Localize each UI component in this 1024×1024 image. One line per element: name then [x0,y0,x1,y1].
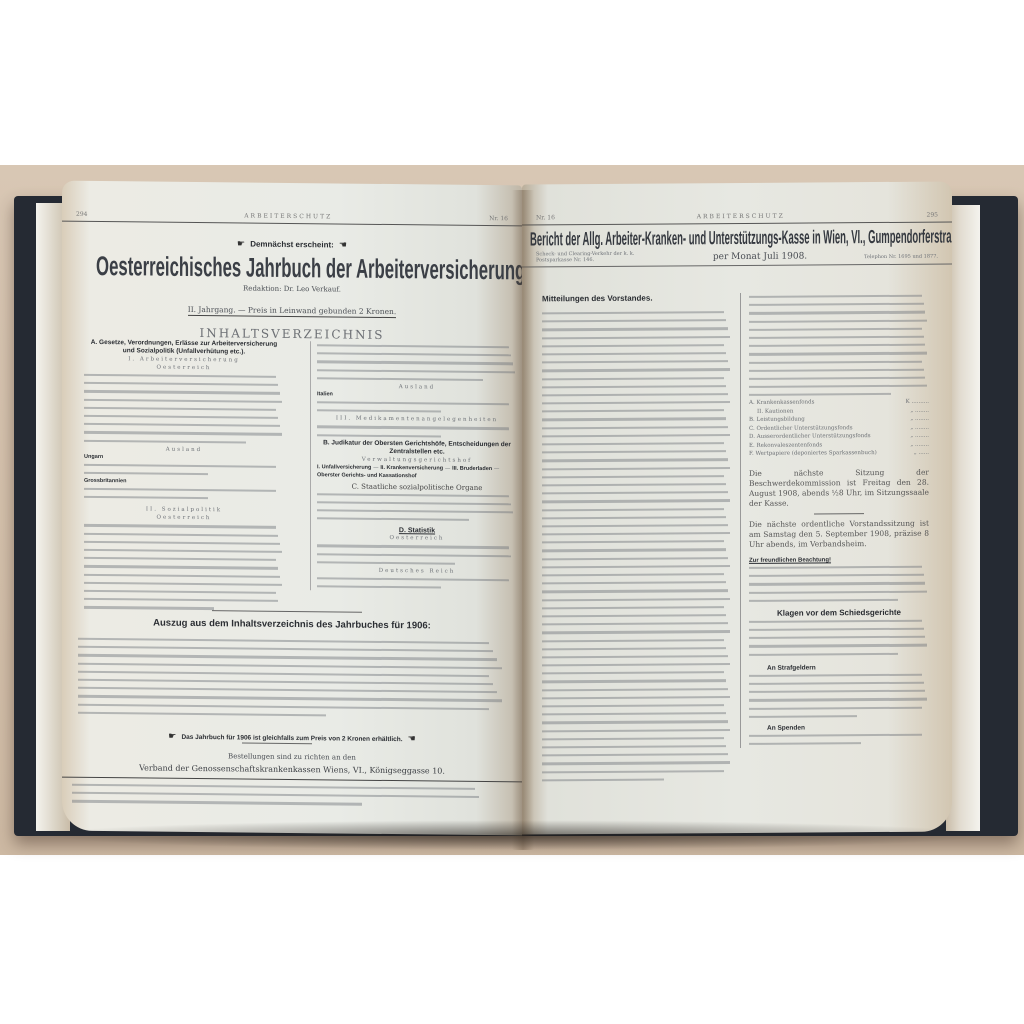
order-line: Bestellungen sind zu richten an den [72,751,512,764]
meeting-notice-2: Die nächste ordentliche Vorstandssitzung… [749,519,929,550]
text-block [749,617,929,659]
report-period: per Monat Juli 1908. [713,252,807,263]
text-block [317,490,517,525]
item: Oberster Gerichts- und Kassationshof [317,472,417,479]
page-number: 295 [927,212,938,219]
imprint [72,781,492,810]
country-gb: Grossbritannien [84,478,126,484]
running-title: ARBEITERSCHUTZ [244,212,332,220]
text-block [749,670,929,720]
text-block [317,542,517,569]
balance-row: A. Krankenkassenfonds [749,399,814,408]
country-italien: Italien [317,391,333,397]
text-block [84,371,284,447]
page-title: Oesterreichisches Jahrbuch der Arbeiterv… [96,251,522,287]
column-left: Mitteilungen des Vorstandes. [542,293,732,784]
running-head: 294 ARBEITERSCHUTZ Nr. 16 [62,211,522,227]
page-title: Bericht der Allg. Arbeiter-Kranken- und … [530,226,952,251]
text-block [84,485,284,503]
text-block [84,521,284,613]
item: III. Bruderladen [452,465,492,471]
country-ungarn: Ungarn [84,454,103,460]
order-address: Verband der Genossenschaftskrankenkassen… [72,763,512,777]
issue-number: Nr. 16 [489,215,508,222]
page-number: 294 [76,211,87,218]
balance-row: II. Kautionen [749,408,793,417]
pointing-hand-icon: ☛ [237,239,245,249]
divider [242,742,312,744]
excerpt-text [78,635,506,721]
availability-note: Das Jahrbuch für 1906 ist gleichfalls zu… [181,734,402,743]
text-block [749,731,929,749]
right-page: Nr. 16 ARBEITERSCHUTZ 295 Bericht der Al… [522,181,952,834]
text-block [749,563,929,605]
balance-row: F. Wertpapiere (deponiertes Sparkassenbu… [749,449,877,458]
edition-price: II. Jahrgang. — Preis in Leinwand gebund… [188,305,397,318]
excerpt-heading: Auszug aus dem Inhaltsverzeichnis des Ja… [72,617,512,633]
running-title: ARBEITERSCHUTZ [697,213,785,221]
divider [814,513,864,514]
contents-column-right: Ausland Italien III. Medikamentenangeleg… [310,341,517,593]
issue-number: Nr. 16 [536,214,555,221]
text-block [317,341,517,384]
text-block [317,574,517,592]
balance-table: A. KrankenkassenfondsK .......... II. Ka… [749,398,929,459]
text-block [542,308,732,784]
meeting-notice-1: Die nächste Sitzung der Beschwerdekommis… [749,468,929,509]
running-head: Nr. 16 ARBEITERSCHUTZ 295 [522,211,952,225]
book-gutter [512,190,534,850]
text-block [749,292,929,400]
phone-number: Telephon Nr. 1695 und 1877. [864,253,938,262]
pointing-hand-icon: ☚ [408,734,416,744]
contents-column-left: A. Gesetze, Verordnungen, Erlässe zur Ar… [84,339,284,614]
pointing-hand-icon: ☚ [339,240,347,250]
left-page: 294 ARBEITERSCHUTZ Nr. 16 ☛ Demnächst er… [62,181,522,836]
announcement: Demnächst erscheint: [250,240,334,250]
clearing-note: Scheck- und Clearing-Verkehr der k. k. P… [536,251,656,264]
pointing-hand-icon: ☛ [168,732,176,742]
item: II. Krankenversicherung [380,465,443,472]
section-heading: Mitteilungen des Vorstandes. [542,293,732,303]
column-right: A. KrankenkassenfondsK .......... II. Ka… [740,292,929,749]
item: I. Unfallversicherung [317,464,371,471]
book-shadow [40,820,990,850]
